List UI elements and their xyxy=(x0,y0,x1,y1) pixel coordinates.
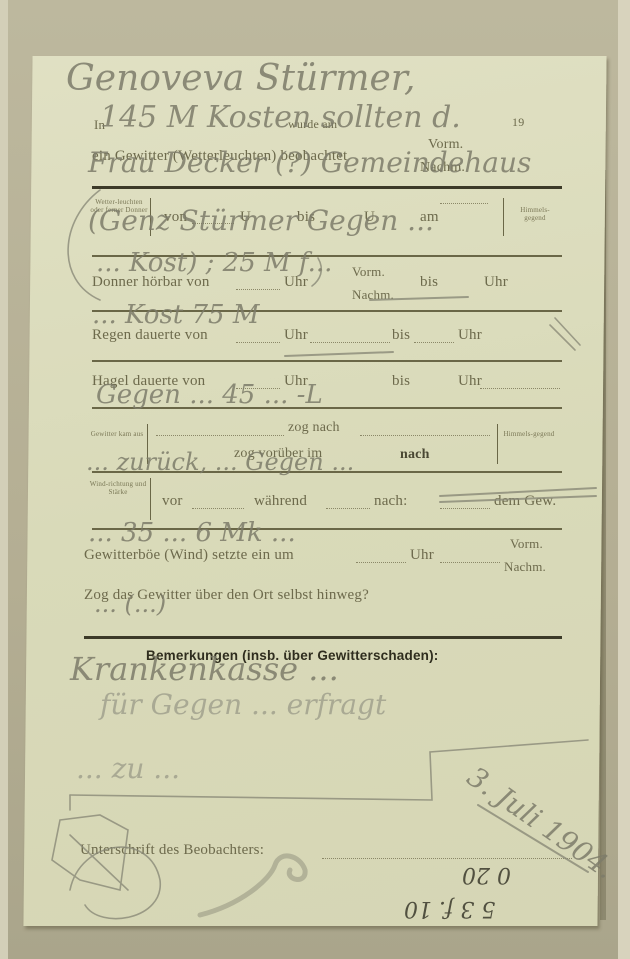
hand-line3: Frau Decker (?) Gemeindehaus xyxy=(88,146,531,179)
hand-line7: Gegen ... 45 ... -L xyxy=(96,380,323,410)
hand-line10: ... (...) xyxy=(94,590,166,618)
hand-line8: ... zurück, ... Gegen ... xyxy=(86,448,354,476)
hand-line9: ... 35 ... 6 Mk ... xyxy=(88,518,296,548)
hand-line2: 145 M Kosten sollten d. xyxy=(100,100,461,135)
hand-bottom-note1: 0 20 xyxy=(462,862,511,887)
hand-line6: ... Kost 75 M xyxy=(92,300,259,330)
hand-line11: Krankenkasse ... xyxy=(70,650,339,688)
hand-line13: ... zu ... xyxy=(76,752,180,785)
hand-name: Genoveva Stürmer, xyxy=(66,58,415,99)
hand-bottom-note2: 5 3 f. 10 xyxy=(404,896,495,921)
hand-line4: (Genz Stürmer Gegen ... xyxy=(88,204,434,237)
hand-line12: für Gegen ... erfragt xyxy=(100,688,386,721)
hand-line5: ... Kost) ; 25 M f... xyxy=(96,248,332,278)
